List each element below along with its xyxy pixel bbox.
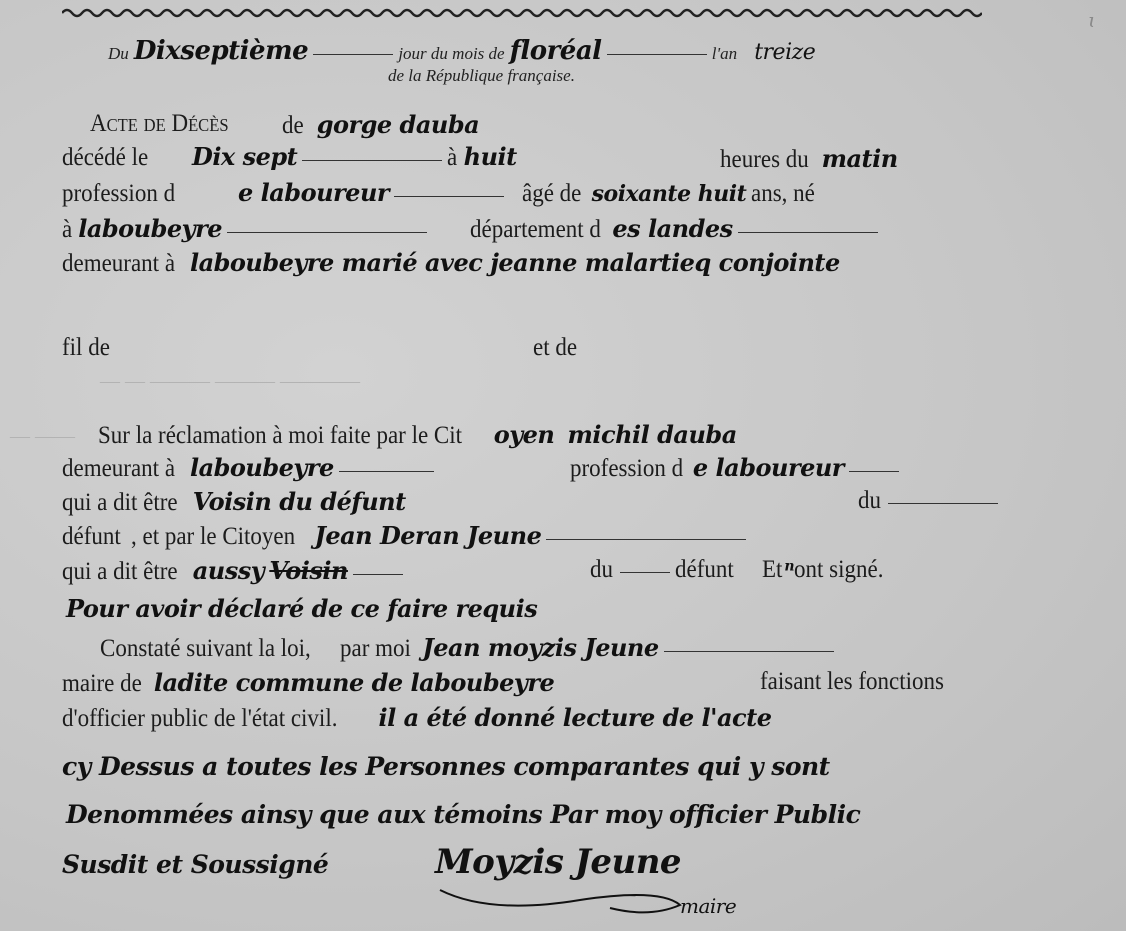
annotation-line: Pour avoir déclaré de ce faire requis — [66, 594, 537, 623]
defunt-signed-group: du défunt Etnont signé. — [590, 556, 891, 584]
day-handwritten: Dixseptième — [134, 36, 308, 66]
declarant1-residence-line: demeurant à laboubeyre — [62, 453, 434, 483]
et-par-citoyen-label: , et par le Citoyen — [131, 523, 295, 551]
corner-mark: ɩ — [1088, 8, 1096, 32]
declarant2-line: défunt , et par le Citoyen Jean Deran Je… — [62, 521, 746, 551]
mayor-signature: Moyzis Jeune — [435, 842, 681, 882]
et-de-label: et de — [533, 334, 577, 362]
an-label: l'an — [712, 44, 737, 63]
fil-de-label-group: fil de — [62, 334, 114, 362]
demeurant-label: demeurant à — [62, 455, 175, 483]
age-group: âgé de soixante huit ans, né — [522, 180, 821, 208]
declarant2-relation-line: qui a dit être aussy Voisin — [62, 556, 403, 586]
defunt-label: défunt — [675, 556, 734, 584]
citoyen-suffix: oyen — [494, 420, 555, 449]
declarant2-relation-struck: Voisin — [269, 556, 348, 585]
year-handwritten: treize — [754, 40, 815, 65]
birthplace-line: à laboubeyre — [62, 214, 427, 244]
officer-name: Jean moyzis Jeune — [422, 633, 658, 662]
republic-text: de la République française. — [388, 66, 575, 85]
residence: laboubeyre marié avec jeanne malartieq c… — [190, 248, 840, 277]
acte-label: Acte de Décès — [90, 110, 229, 138]
commune: ladite commune de laboubeyre — [154, 668, 554, 697]
time-of-day: matin — [822, 144, 898, 173]
profession-label: profession d — [62, 180, 175, 208]
constate-line: Constaté suivant la loi, par moi Jean mo… — [100, 633, 834, 663]
fill-line — [227, 232, 427, 233]
closing-text-3: Denommées ainsy que aux témoins Par moy … — [66, 800, 860, 829]
death-hour: huit — [464, 142, 517, 171]
qui-a-dit-label: qui a dit être — [62, 489, 178, 517]
closing-text-2: cy Dessus a toutes les Personnes compara… — [62, 752, 830, 781]
fill-line — [738, 232, 878, 233]
republic-line: de la République française. — [388, 66, 575, 86]
ans-ne-label: ans, né — [751, 180, 815, 208]
department: es landes — [612, 214, 732, 243]
du-label: Du — [108, 44, 129, 63]
demeurant-label: demeurant à — [62, 250, 175, 278]
residence-line: demeurant à laboubeyre marié avec jeanne… — [62, 248, 840, 278]
department-group: département des landes — [470, 214, 878, 244]
closing-text-4: Susdit et Soussigné — [62, 850, 328, 879]
declarant1-name: michil dauba — [567, 420, 736, 449]
fill-line — [664, 651, 834, 652]
qui-a-dit-label: qui a dit être — [62, 558, 178, 586]
du-label: du — [590, 556, 613, 584]
declarant1-relation-line: qui a dit être Voisin du défunt — [62, 487, 406, 517]
death-day: Dix sept — [192, 142, 297, 171]
officier-public-line: d'officier public de l'état civil. il a … — [62, 703, 772, 733]
death-date-line: décédé le — [62, 144, 156, 172]
reclamation-label: Sur la réclamation à moi faite par le Ci… — [98, 422, 462, 450]
maire-de-label: maire de — [62, 670, 142, 698]
closing-line-2: cy Dessus a toutes les Personnes compara… — [62, 752, 830, 781]
declarant1-residence: laboubeyre — [190, 453, 334, 482]
fill-line — [339, 471, 434, 472]
header-date-line: Du Dixseptième jour du mois de floréal l… — [108, 36, 815, 66]
a-label: à — [447, 144, 457, 172]
du-group: du — [858, 487, 998, 515]
de-label: de — [282, 112, 304, 140]
annotation: Pour avoir déclaré de ce faire requis — [66, 594, 537, 623]
et-superscript: n — [784, 559, 794, 575]
defunt-label: défunt — [62, 523, 121, 551]
departement-label: département d — [470, 216, 601, 244]
deceased-age: soixante huit — [592, 181, 747, 207]
deceased-name: gorge dauba — [317, 110, 479, 139]
officier-public-label: d'officier public de l'état civil. — [62, 705, 337, 733]
signature-title-group: maire — [680, 894, 736, 918]
signature-title: maire — [680, 894, 736, 918]
decorative-wave-border — [62, 4, 982, 18]
fill-line — [313, 54, 393, 55]
time-of-day-group: heures du matin — [720, 144, 898, 174]
birth-a-label: à — [62, 216, 72, 244]
closing-line-3: Denommées ainsy que aux témoins Par moy … — [66, 800, 860, 829]
acte-line: Acte de Décès — [90, 110, 241, 138]
closing-text-1: il a été donné lecture de l'acte — [379, 703, 772, 732]
maire-line: maire de ladite commune de laboubeyre — [62, 668, 554, 698]
fill-line — [849, 471, 899, 472]
faisant-group: faisant les fonctions — [760, 668, 960, 696]
profession-line: profession d — [62, 180, 185, 208]
declarant2-name: Jean Deran Jeune — [314, 521, 541, 550]
fill-line — [302, 160, 442, 161]
fill-line — [546, 539, 746, 540]
birthplace: laboubeyre — [78, 214, 222, 243]
bleed-through-text: — —— — [10, 425, 75, 448]
heures-du-label: heures du — [720, 146, 809, 174]
par-moi-label: par moi — [340, 635, 411, 663]
jour-label: jour du mois de — [398, 44, 504, 63]
fill-line — [394, 196, 504, 197]
constate-label: Constaté suivant la loi, — [100, 635, 311, 663]
bleed-through-text: — — ——— ——— ———— — [100, 370, 360, 393]
age-label: âgé de — [522, 180, 581, 208]
declarant1-relation: Voisin du défunt — [193, 487, 406, 516]
faisant-label: faisant les fonctions — [760, 668, 944, 696]
fill-line — [353, 574, 403, 575]
declarant1-profession-group: profession de laboureur — [570, 453, 899, 483]
profession-label: profession d — [570, 455, 683, 483]
declarant1-profession: e laboureur — [693, 453, 844, 482]
fill-line — [607, 54, 707, 55]
reclamation-line: Sur la réclamation à moi faite par le Ci… — [98, 420, 737, 450]
declarant2-relation: aussy — [193, 556, 264, 585]
signature: Moyzis Jeune — [435, 842, 681, 882]
du-label: du — [858, 487, 881, 515]
deceased-line: de gorge dauba — [282, 110, 479, 140]
month-handwritten: floréal — [510, 36, 602, 66]
death-date-values: Dix sept à huit — [192, 142, 517, 172]
fill-line — [888, 503, 998, 504]
fil-de-label: fil de — [62, 334, 110, 362]
profession-values: e laboureur — [238, 178, 504, 207]
ont-signe-label: ont signé. — [794, 556, 883, 584]
et-label: Et — [762, 556, 782, 584]
decede-le-label: décédé le — [62, 144, 148, 172]
et-de-label-group: et de — [533, 334, 581, 362]
fill-line — [620, 572, 670, 573]
closing-line-4: Susdit et Soussigné — [62, 850, 328, 879]
deceased-profession: e laboureur — [238, 178, 389, 207]
